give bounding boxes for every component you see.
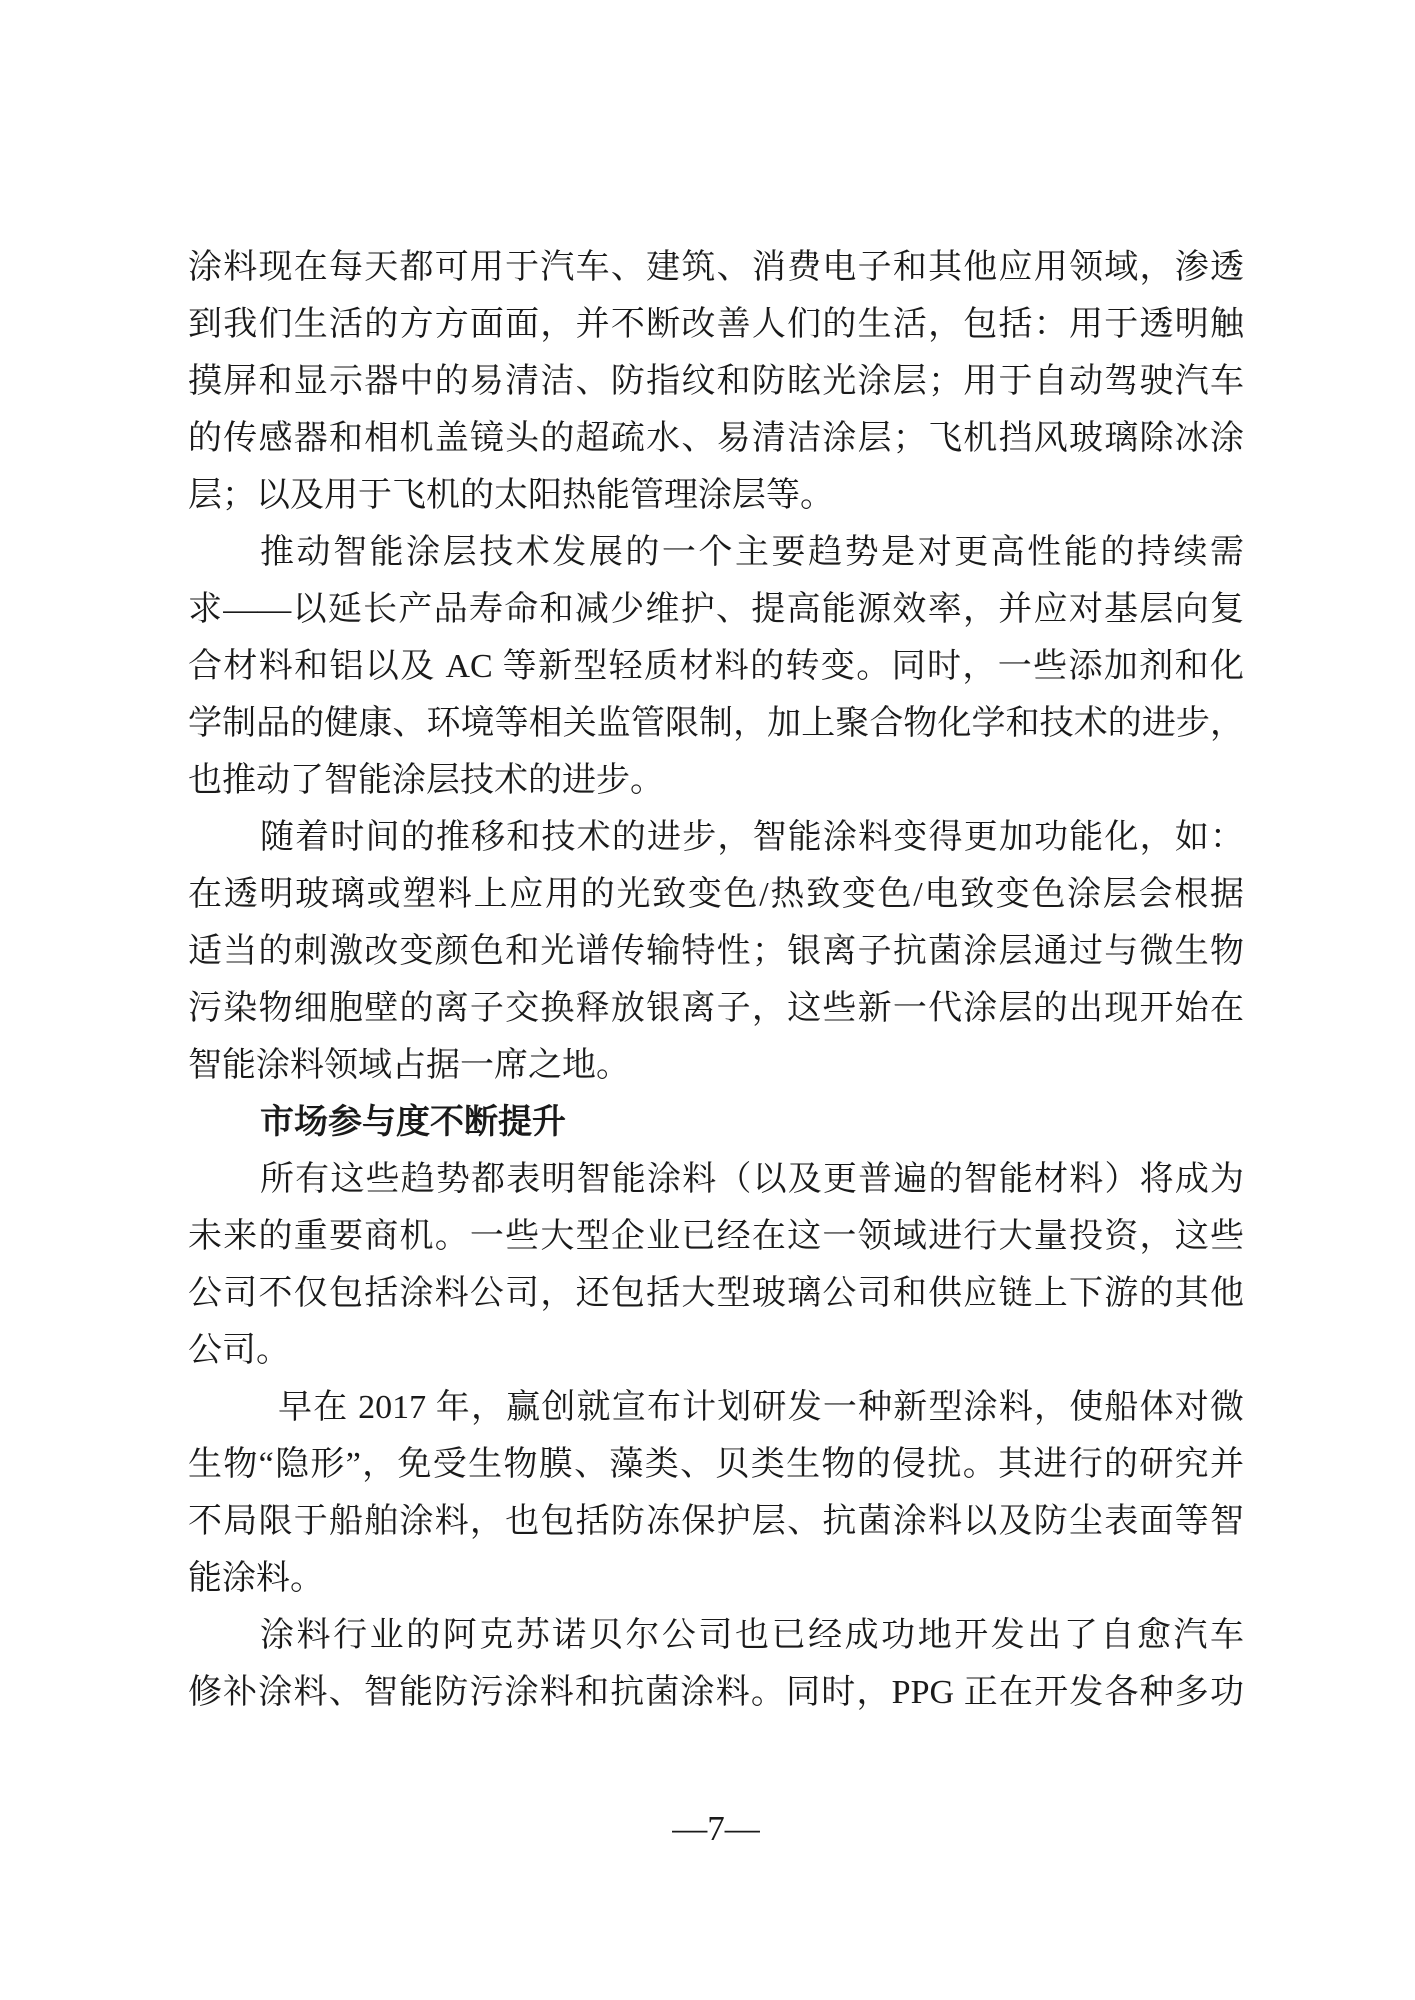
text-line: 能涂料。 (188, 1550, 1244, 1607)
text-line: 摸屏和显示器中的易清洁、防指纹和防眩光涂层；用于自动驾驶汽车 (188, 353, 1244, 410)
text-line: 公司。 (188, 1322, 1244, 1379)
text-line: 涂料行业的阿克苏诺贝尔公司也已经成功地开发出了自愈汽车 (188, 1607, 1244, 1664)
text-line: 涂料现在每天都可用于汽车、建筑、消费电子和其他应用领域，渗透 (188, 239, 1244, 296)
text-line: 生物“隐形”，免受生物膜、藻类、贝类生物的侵扰。其进行的研究并 (188, 1436, 1244, 1493)
text-line: 适当的刺激改变颜色和光谱传输特性；银离子抗菌涂层通过与微生物 (188, 923, 1244, 980)
text-line: 未来的重要商机。一些大型企业已经在这一领域进行大量投资，这些 (188, 1208, 1244, 1265)
text-line: 早在 2017 年，赢创就宣布计划研发一种新型涂料，使船体对微 (188, 1379, 1244, 1436)
text-line: 公司不仅包括涂料公司，还包括大型玻璃公司和供应链上下游的其他 (188, 1265, 1244, 1322)
text-line: 也推动了智能涂层技术的进步。 (188, 752, 1244, 809)
text-line: 求——以延长产品寿命和减少维护、提高能源效率，并应对基层向复 (188, 581, 1244, 638)
text-line: 智能涂料领域占据一席之地。 (188, 1037, 1244, 1094)
text-line: 层；以及用于飞机的太阳热能管理涂层等。 (188, 467, 1244, 524)
text-line: 在透明玻璃或塑料上应用的光致变色/热致变色/电致变色涂层会根据 (188, 866, 1244, 923)
section-heading: 市场参与度不断提升 (188, 1094, 1244, 1151)
text-line: 污染物细胞壁的离子交换释放银离子，这些新一代涂层的出现开始在 (188, 980, 1244, 1037)
text-line: 所有这些趋势都表明智能涂料（以及更普遍的智能材料）将成为 (188, 1151, 1244, 1208)
document-page: 涂料现在每天都可用于汽车、建筑、消费电子和其他应用领域，渗透 到我们生活的方方面… (0, 0, 1415, 2000)
text-line: 不局限于船舶涂料，也包括防冻保护层、抗菌涂料以及防尘表面等智 (188, 1493, 1244, 1550)
text-line: 到我们生活的方方面面，并不断改善人们的生活，包括：用于透明触 (188, 296, 1244, 353)
document-body: 涂料现在每天都可用于汽车、建筑、消费电子和其他应用领域，渗透 到我们生活的方方面… (188, 239, 1244, 1721)
text-line: 随着时间的推移和技术的进步，智能涂料变得更加功能化，如： (188, 809, 1244, 866)
text-line: 学制品的健康、环境等相关监管限制，加上聚合物化学和技术的进步， (188, 695, 1244, 752)
text-line: 的传感器和相机盖镜头的超疏水、易清洁涂层；飞机挡风玻璃除冰涂 (188, 410, 1244, 467)
text-line: 修补涂料、智能防污涂料和抗菌涂料。同时，PPG 正在开发各种多功 (188, 1664, 1244, 1721)
text-line: 推动智能涂层技术发展的一个主要趋势是对更高性能的持续需 (188, 524, 1244, 581)
page-number: —7— (188, 1800, 1244, 1857)
text-line: 合材料和铝以及 AC 等新型轻质材料的转变。同时，一些添加剂和化 (188, 638, 1244, 695)
